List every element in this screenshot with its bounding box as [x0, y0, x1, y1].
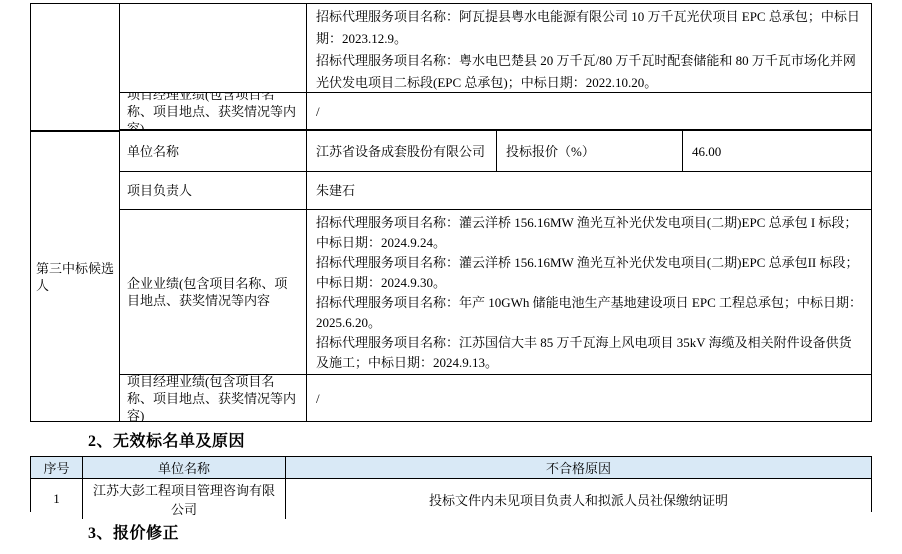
pm-achievement-value: / [307, 375, 871, 421]
bid-price-value: 46.00 [683, 131, 871, 171]
candidate-table: 第三中标候选人 招标代理服务项目名称：阿瓦提县粤水电能源有限公司 10 万千瓦光… [30, 3, 872, 422]
prev-pm-achievement-row: 项目经理业绩(包含项目名称、项目地点、获奖情况等内容) / [120, 93, 871, 131]
prev-pm-achievement-label: 项目经理业绩(包含项目名称、项目地点、获奖情况等内容) [120, 93, 307, 129]
candidate-table-rows: 招标代理服务项目名称：阿瓦提县粤水电能源有限公司 10 万千瓦光伏项目 EPC … [120, 4, 871, 421]
prev-enterprise-achievement-row: 招标代理服务项目名称：阿瓦提县粤水电能源有限公司 10 万千瓦光伏项目 EPC … [120, 4, 871, 93]
achievement-entry: 招标代理服务项目名称：江苏连云港抽水蓄能电站筹建期洞室工程施工；中标日期：202… [316, 373, 862, 374]
bid-price-label: 投标报价（%） [497, 131, 683, 171]
price-correction-heading: 3、报价修正 [88, 520, 179, 543]
third-candidate-name-cell: 第三中标候选人 [31, 132, 119, 421]
project-leader-value: 朱建石 [307, 172, 871, 209]
column-header-reason: 不合格原因 [286, 457, 871, 478]
achievement-entry: 招标代理服务项目名称：灌云洋桥 156.16MW 渔光互补光伏发电项目(二期)E… [316, 253, 862, 293]
prev-enterprise-achievement-label-cell [120, 4, 307, 92]
enterprise-achievement-label: 企业业绩(包含项目名称、项目地点、获奖情况等内容 [120, 210, 307, 374]
row-unit: 江苏大彭工程项目管理咨询有限公司 [83, 479, 286, 519]
unit-name-label: 单位名称 [120, 131, 307, 171]
row-seq: 1 [31, 479, 83, 519]
candidate-name-column: 第三中标候选人 [31, 4, 120, 421]
prev-pm-achievement-value: / [307, 93, 871, 129]
enterprise-achievement-content: 招标代理服务项目名称：灌云洋桥 156.16MW 渔光互补光伏发电项目(二期)E… [307, 210, 871, 374]
achievement-entry: 招标代理服务项目名称：粤水电巴楚县 20 万千瓦/80 万千瓦时配套储能和 80… [316, 50, 862, 92]
invalid-bids-table: 序号 单位名称 不合格原因 1 江苏大彭工程项目管理咨询有限公司 投标文件内未见… [30, 456, 872, 512]
achievement-entry: 招标代理服务项目名称：江苏国信大丰 85 万千瓦海上风电项目 35kV 海缆及相… [316, 333, 862, 373]
document-page: 第三中标候选人 招标代理服务项目名称：阿瓦提县粤水电能源有限公司 10 万千瓦光… [0, 0, 902, 554]
pm-achievement-label: 项目经理业绩(包含项目名称、项目地点、获奖情况等内容) [120, 375, 307, 421]
achievement-entry: 招标代理服务项目名称：灌云洋桥 156.16MW 渔光互补光伏发电项目(二期)E… [316, 213, 862, 253]
third-candidate-label: 第三中标候选人 [36, 260, 114, 294]
achievement-entry: 招标代理服务项目名称：年产 10GWh 储能电池生产基地建设项日 EPC 工程总… [316, 293, 862, 333]
unit-name-value: 江苏省设备成套股份有限公司 [307, 131, 497, 171]
table-row: 1 江苏大彭工程项目管理咨询有限公司 投标文件内未见项目负责人和拟派人员社保缴纳… [31, 479, 871, 519]
enterprise-achievement-row: 企业业绩(包含项目名称、项目地点、获奖情况等内容 招标代理服务项目名称：灌云洋桥… [120, 210, 871, 375]
prev-candidate-name-cell [31, 4, 119, 132]
invalid-bids-header-row: 序号 单位名称 不合格原因 [31, 457, 871, 479]
prev-enterprise-achievement-content: 招标代理服务项目名称：阿瓦提县粤水电能源有限公司 10 万千瓦光伏项目 EPC … [307, 4, 871, 92]
achievement-entry: 招标代理服务项目名称：阿瓦提县粤水电能源有限公司 10 万千瓦光伏项目 EPC … [316, 6, 862, 50]
project-leader-row: 项目负责人 朱建石 [120, 172, 871, 210]
row-reason: 投标文件内未见项目负责人和拟派人员社保缴纳证明 [286, 479, 871, 519]
column-header-unit: 单位名称 [83, 457, 286, 478]
project-leader-label: 项目负责人 [120, 172, 307, 209]
pm-achievement-row: 项目经理业绩(包含项目名称、项目地点、获奖情况等内容) / [120, 375, 871, 421]
unit-name-row: 单位名称 江苏省设备成套股份有限公司 投标报价（%） 46.00 [120, 131, 871, 172]
invalid-bids-heading: 2、无效标名单及原因 [88, 428, 245, 451]
column-header-seq: 序号 [31, 457, 83, 478]
